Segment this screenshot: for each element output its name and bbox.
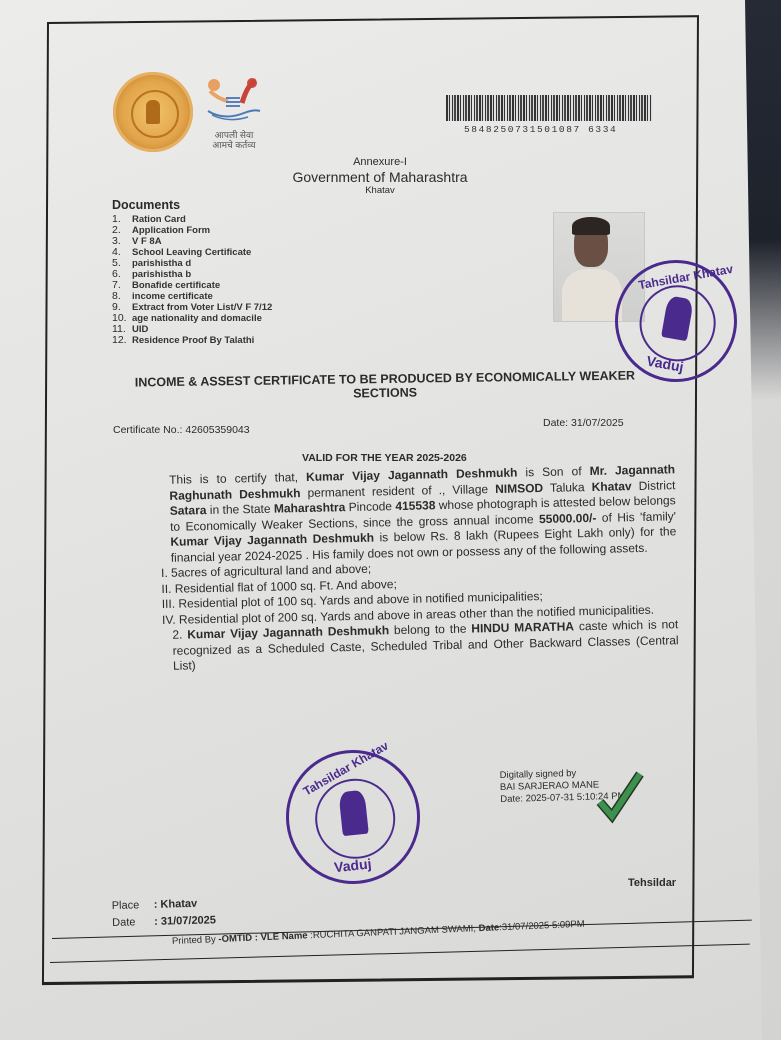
logo-caption-line1: आपली सेवा <box>204 130 264 140</box>
document-item: 8.income certificate <box>112 291 272 302</box>
paragraph-1: This is to certify that, Kumar Vijay Jag… <box>113 462 677 567</box>
document-item: 3.V F 8A <box>112 236 272 247</box>
designation: Tehsildar <box>628 877 676 889</box>
office-name: Khatav <box>260 185 500 196</box>
barcode <box>446 95 652 121</box>
barcode-number: 5848250731501087 6334 <box>464 124 617 135</box>
certificate-body: This is to certify that, Kumar Vijay Jag… <box>113 462 679 675</box>
aapli-seva-logo: आपली सेवा आमचे कर्तव्य <box>204 75 264 155</box>
document-item: 9.Extract from Voter List/V F 7/12 <box>112 302 272 313</box>
place-value: : Khatav <box>154 898 198 911</box>
document-item: 12.Residence Proof By Talathi <box>112 335 272 346</box>
document-item: 11.UID <box>112 324 272 335</box>
hand-service-icon <box>204 75 264 123</box>
document-item: 10.age nationality and domacile <box>112 313 272 324</box>
verified-check-icon <box>596 768 644 824</box>
documents-list: 1.Ration Card 2.Application Form 3.V F 8… <box>112 214 272 346</box>
validity-year: VALID FOR THE YEAR 2025-2026 <box>302 452 467 464</box>
document-item: 1.Ration Card <box>112 214 272 225</box>
date-value: : 31/07/2025 <box>154 914 216 928</box>
document-item: 6.parishistha b <box>112 269 272 280</box>
document-item: 4.School Leaving Certificate <box>112 247 272 258</box>
logo-caption-line2: आमचे कर्तव्य <box>204 140 264 150</box>
documents-heading: Documents <box>112 198 180 212</box>
document-item: 7.Bonafide certificate <box>112 280 272 291</box>
document-item: 5.parishistha d <box>112 258 272 269</box>
document-item: 2.Application Form <box>112 225 272 236</box>
place-date-block: Place: Khatav Date: 31/07/2025 <box>112 895 217 932</box>
government-title: Government of Maharashtra <box>260 169 500 185</box>
certificate-date: Date: 31/07/2025 <box>543 417 624 429</box>
annexure-label: Annexure-I <box>260 156 500 168</box>
maharashtra-seal-icon <box>113 72 193 152</box>
certificate-number: Certificate No.: 42605359043 <box>113 424 250 436</box>
